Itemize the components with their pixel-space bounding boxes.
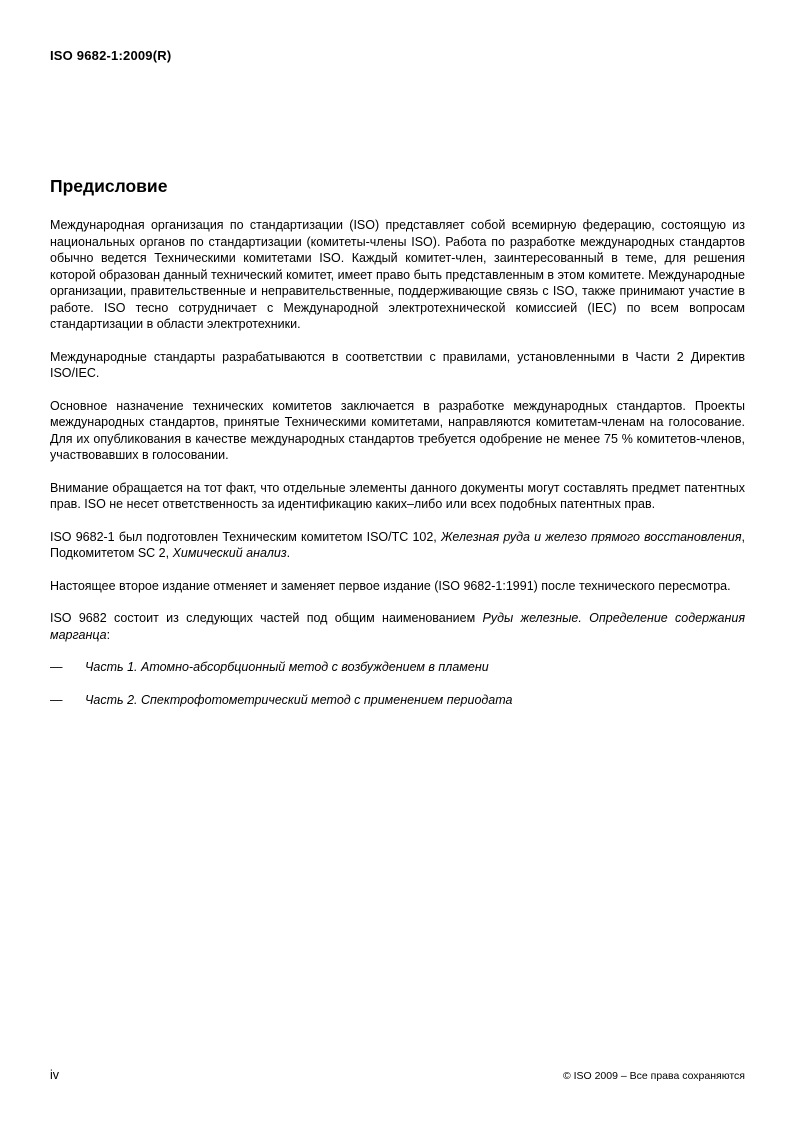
paragraph-parts-intro: ISO 9682 состоит из следующих частей под… xyxy=(50,610,745,643)
text-run: : xyxy=(107,628,110,642)
page-number: iv xyxy=(50,1068,59,1082)
list-item-text: Часть 2. Спектрофотометрический метод с … xyxy=(85,692,745,709)
section-title: Предисловие xyxy=(50,176,745,197)
text-run-italic: Химический анализ xyxy=(173,546,287,560)
text-run: Международные стандарты разрабатываются … xyxy=(50,350,745,381)
text-run-italic: Железная руда и железо прямого восстанов… xyxy=(441,530,742,544)
text-run: Международная организация по стандартиза… xyxy=(50,218,745,331)
list-item-part1: — Часть 1. Атомно-абсорбционный метод с … xyxy=(50,659,745,676)
list-item-text: Часть 1. Атомно-абсорбционный метод с во… xyxy=(85,659,745,676)
page-footer: iv © ISO 2009 – Все права сохраняются xyxy=(50,1068,745,1082)
paragraph-iso-federation: Международная организация по стандартиза… xyxy=(50,217,745,333)
dash-bullet: — xyxy=(50,692,85,709)
text-run: Настоящее второе издание отменяет и заме… xyxy=(50,579,731,593)
dash-bullet: — xyxy=(50,659,85,676)
page-content: ISO 9682-1:2009(R) Предисловие Междунаро… xyxy=(0,0,793,708)
text-run: . xyxy=(287,546,290,560)
text-run: Внимание обращается на тот факт, что отд… xyxy=(50,481,745,512)
paragraph-committees-purpose: Основное назначение технических комитето… xyxy=(50,398,745,464)
paragraph-second-edition: Настоящее второе издание отменяет и заме… xyxy=(50,578,745,595)
paragraph-prepared-by: ISO 9682-1 был подготовлен Техническим к… xyxy=(50,529,745,562)
text-run: ISO 9682-1 был подготовлен Техническим к… xyxy=(50,530,441,544)
page-header: ISO 9682-1:2009(R) xyxy=(50,0,745,63)
text-run: ISO 9682 состоит из следующих частей под… xyxy=(50,611,483,625)
paragraph-directives: Международные стандарты разрабатываются … xyxy=(50,349,745,382)
list-item-part2: — Часть 2. Спектрофотометрический метод … xyxy=(50,692,745,709)
text-run: Основное назначение технических комитето… xyxy=(50,399,745,463)
paragraph-patent-rights: Внимание обращается на тот факт, что отд… xyxy=(50,480,745,513)
document-page: ISO 9682-1:2009(R) Предисловие Междунаро… xyxy=(0,0,793,1122)
document-number: ISO 9682-1:2009(R) xyxy=(50,48,171,63)
copyright-notice: © ISO 2009 – Все права сохраняются xyxy=(563,1070,745,1082)
